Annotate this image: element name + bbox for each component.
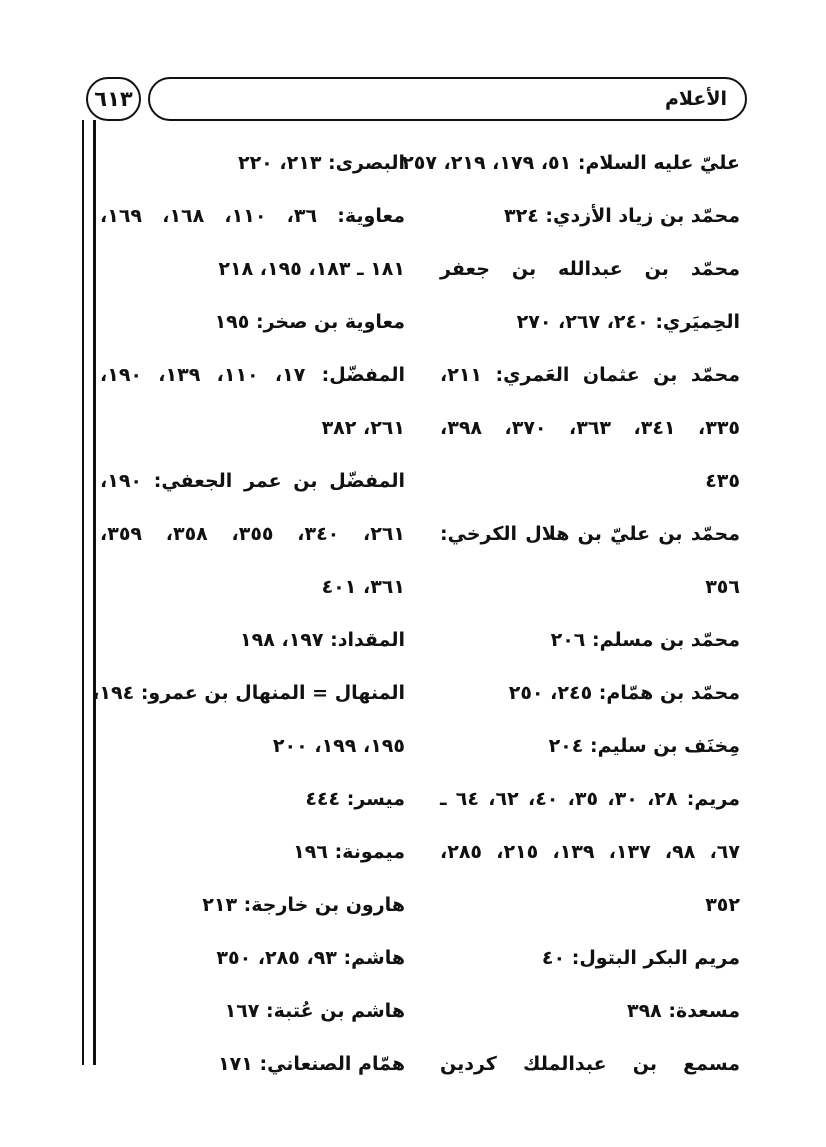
index-entry: ١٩٥، ١٩٩، ٢٠٠	[100, 726, 405, 779]
index-entry: محمّد بن همّام: ٢٤٥، ٢٥٠	[440, 673, 740, 726]
index-entry: ميمونة: ١٩٦	[100, 832, 405, 885]
index-entry: همّام الصنعاني: ١٧١	[100, 1044, 405, 1097]
section-title: الأعلام	[665, 88, 727, 110]
index-entry: ٣٥٢	[440, 885, 740, 938]
index-column-left: البصرى: ٢١٣، ٢٢٠ معاوية: ٣٦، ١١٠، ١٦٨، ١…	[100, 143, 405, 1097]
index-entry: عليّ عليه السلام: ٥١، ١٧٩، ٢١٩، ٢٥٧	[440, 143, 740, 196]
index-entry: ٤٣٥	[440, 461, 740, 514]
running-header: الأعلام	[148, 77, 747, 121]
index-entry: المفضّل بن عمر الجعفي: ١٩٠،	[100, 461, 405, 514]
index-entry: مريم: ٢٨، ٣٠، ٣٥، ٤٠، ٦٢، ٦٤ ـ	[440, 779, 740, 832]
index-entry: هاشم بن عُتبة: ١٦٧	[100, 991, 405, 1044]
page-number: ٦١٣	[86, 77, 141, 121]
index-entry: ٣٣٥، ٣٤١، ٣٦٣، ٣٧٠، ٣٩٨،	[440, 408, 740, 461]
index-entry: ٣٥٦	[440, 567, 740, 620]
index-entry: محمّد بن زياد الأزدي: ٣٢٤	[440, 196, 740, 249]
index-entry: ٢٦١، ٣٤٠، ٣٥٥، ٣٥٨، ٣٥٩،	[100, 514, 405, 567]
index-entry: ٦٧، ٩٨، ١٣٧، ١٣٩، ٢١٥، ٢٨٥،	[440, 832, 740, 885]
index-entry: معاوية: ٣٦، ١١٠، ١٦٨، ١٦٩،	[100, 196, 405, 249]
index-entry: الحِميَري: ٢٤٠، ٢٦٧، ٢٧٠	[440, 302, 740, 355]
index-entry: محمّد بن مسلم: ٢٠٦	[440, 620, 740, 673]
index-column-right: عليّ عليه السلام: ٥١، ١٧٩، ٢١٩، ٢٥٧ محمّ…	[440, 143, 740, 1097]
index-entry: محمّد بن عليّ بن هلال الكرخي:	[440, 514, 740, 567]
index-entry: ٣٦١، ٤٠١	[100, 567, 405, 620]
index-entry: معاوية بن صخر: ١٩٥	[100, 302, 405, 355]
index-entry: هاشم: ٩٣، ٢٨٥، ٣٥٠	[100, 938, 405, 991]
index-entry: ٢٦١، ٣٨٢	[100, 408, 405, 461]
index-entry: مريم البكر البتول: ٤٠	[440, 938, 740, 991]
index-entry: مسمع بن عبدالملك كردين	[440, 1044, 740, 1097]
margin-rule-outer	[82, 120, 84, 1065]
index-entry: مِخنَف بن سليم: ٢٠٤	[440, 726, 740, 779]
index-entry: المقداد: ١٩٧، ١٩٨	[100, 620, 405, 673]
index-entry: هارون بن خارجة: ٢١٣	[100, 885, 405, 938]
index-entry: المفضّل: ١٧، ١١٠، ١٣٩، ١٩٠،	[100, 355, 405, 408]
index-entry: ميسر: ٤٤٤	[100, 779, 405, 832]
index-entry: البصرى: ٢١٣، ٢٢٠	[100, 143, 405, 196]
index-entry: المنهال = المنهال بن عمرو: ١٩٤،	[100, 673, 405, 726]
index-entry: محمّد بن عبدالله بن جعفر	[440, 249, 740, 302]
index-entry: مسعدة: ٣٩٨	[440, 991, 740, 1044]
margin-rule-inner	[93, 120, 96, 1065]
index-entry: ١٨١ ـ ١٨٣، ١٩٥، ٢١٨	[100, 249, 405, 302]
index-entry: محمّد بن عثمان العَمري: ٢١١،	[440, 355, 740, 408]
